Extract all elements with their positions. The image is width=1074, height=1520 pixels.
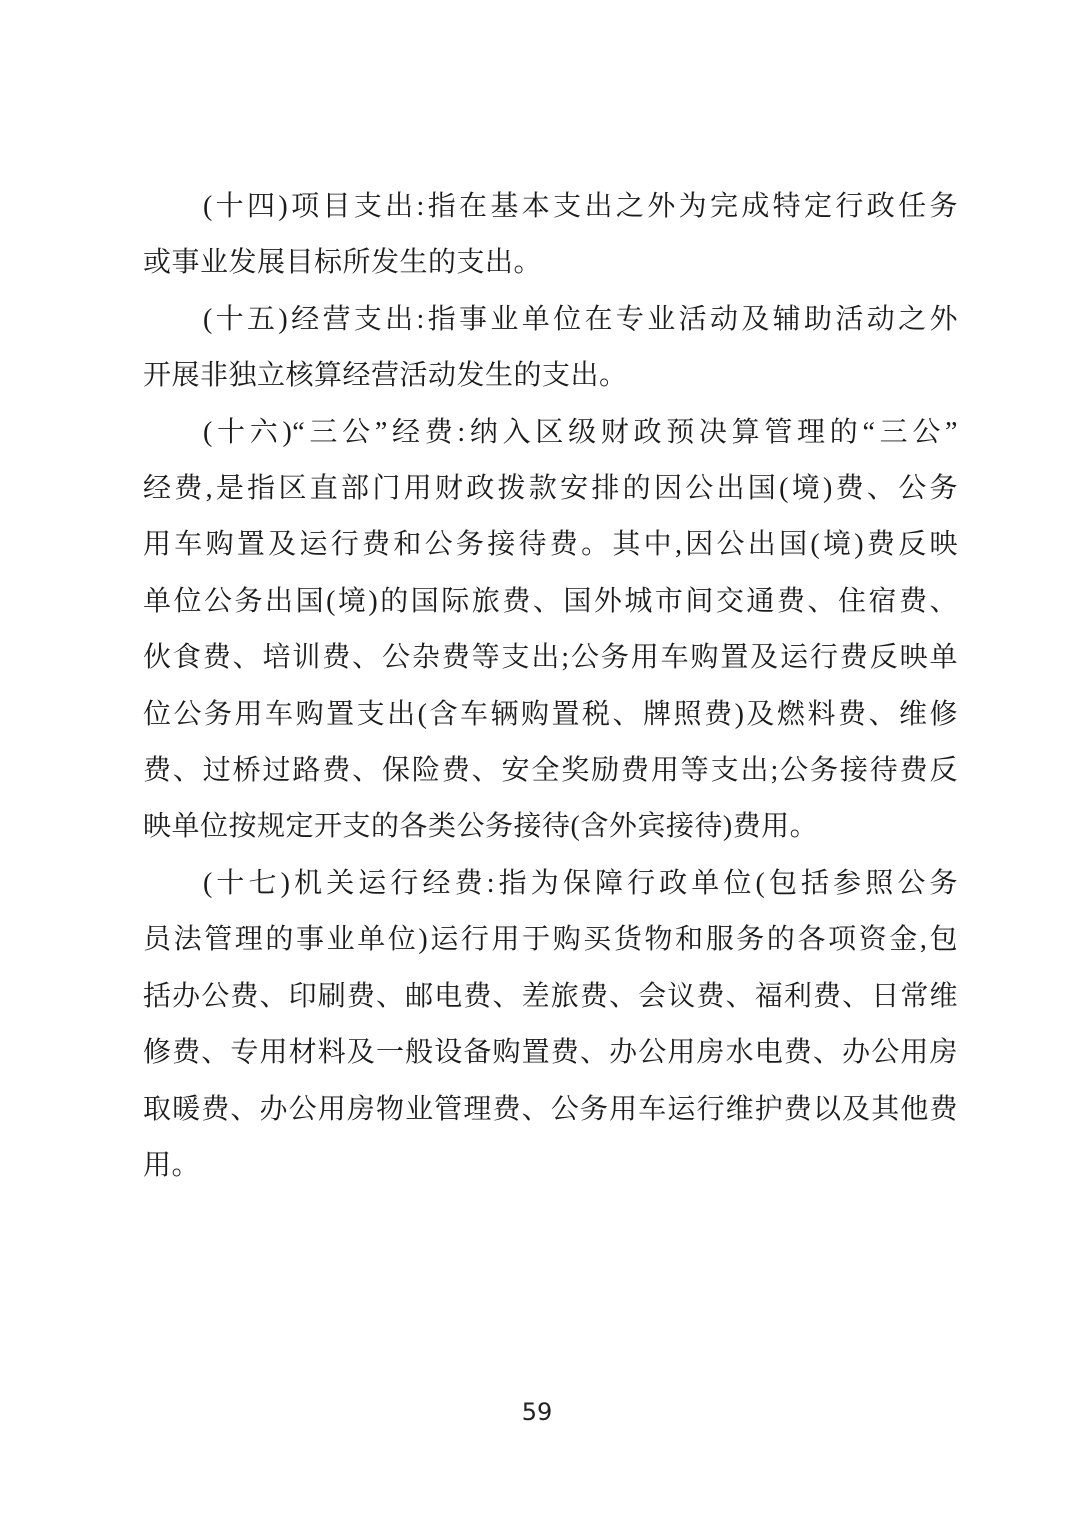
- text-line: 修费、专用材料及一般设备购置费、办公用房水电费、办公用房: [143, 1025, 958, 1081]
- text-line: 用车购置及运行费和公务接待费。其中,因公出国(境)费反映: [143, 517, 958, 573]
- page-number: 59: [0, 1398, 1074, 1426]
- text-line: 取暖费、办公用房物业管理费、公务用车运行维护费以及其他费: [143, 1082, 958, 1138]
- text-line: 用。: [143, 1138, 958, 1194]
- text-line: 单位公务出国(境)的国际旅费、国外城市间交通费、住宿费、: [143, 574, 958, 630]
- text-line: (十四)项目支出:指在基本支出之外为完成特定行政任务: [143, 179, 958, 235]
- text-line: (十六)“三公”经费:纳入区级财政预决算管理的“三公”: [143, 405, 958, 461]
- document-page: (十四)项目支出:指在基本支出之外为完成特定行政任务 或事业发展目标所发生的支出…: [0, 0, 1074, 1520]
- text-line: 位公务用车购置支出(含车辆购置税、牌照费)及燃料费、维修: [143, 687, 958, 743]
- body-text: (十四)项目支出:指在基本支出之外为完成特定行政任务 或事业发展目标所发生的支出…: [143, 179, 958, 1194]
- text-line: 伙食费、培训费、公杂费等支出;公务用车购置及运行费反映单: [143, 630, 958, 686]
- text-line: 或事业发展目标所发生的支出。: [143, 235, 958, 291]
- text-line: 映单位按规定开支的各类公务接待(含外宾接待)费用。: [143, 799, 958, 855]
- text-line: 经费,是指区直部门用财政拨款安排的因公出国(境)费、公务: [143, 461, 958, 517]
- text-line: 费、过桥过路费、保险费、安全奖励费用等支出;公务接待费反: [143, 743, 958, 799]
- text-line: (十五)经营支出:指事业单位在专业活动及辅助活动之外: [143, 292, 958, 348]
- text-line: 括办公费、印刷费、邮电费、差旅费、会议费、福利费、日常维: [143, 969, 958, 1025]
- text-line: 开展非独立核算经营活动发生的支出。: [143, 348, 958, 404]
- text-line: 员法管理的事业单位)运行用于购买货物和服务的各项资金,包: [143, 912, 958, 968]
- text-line: (十七)机关运行经费:指为保障行政单位(包括参照公务: [143, 856, 958, 912]
